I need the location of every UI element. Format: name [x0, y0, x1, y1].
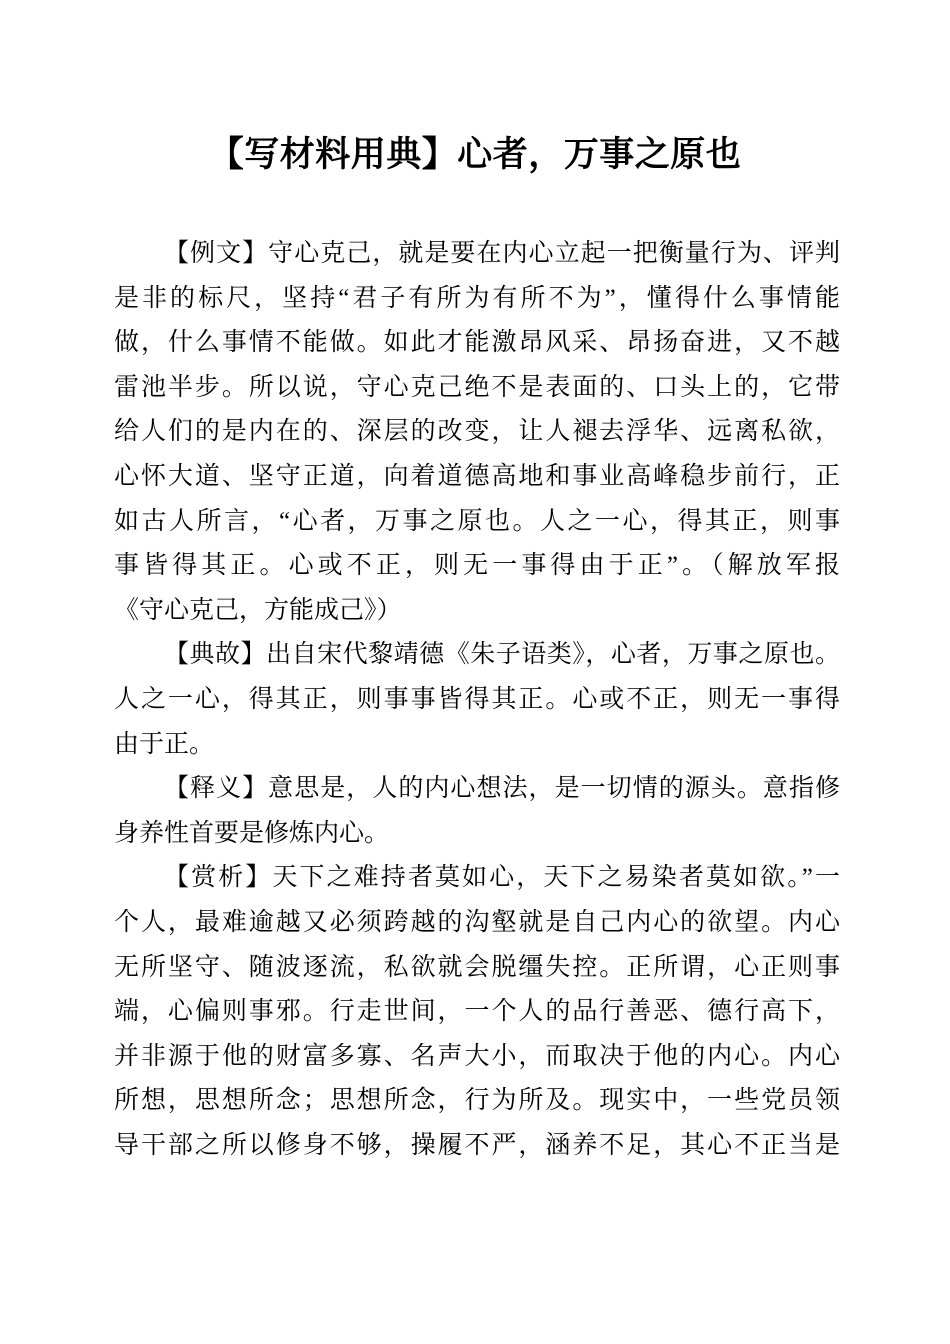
document-page: 【写材料用典】心者，万事之原也 【例文】守心克己，就是要在内心立起一把衡量行为、…: [0, 0, 950, 1344]
text-line: 如古人所言，“心者，万事之原也。人之一心，得其正，则事: [114, 500, 840, 545]
document-title: 【写材料用典】心者，万事之原也: [0, 130, 950, 180]
paragraph: 【释义】意思是，人的内心想法，是一切情的源头。意指修身养性首要是修炼内心。: [114, 767, 840, 856]
document-body: 【例文】守心克己，就是要在内心立起一把衡量行为、评判是非的标尺，坚持“君子有所为…: [114, 232, 840, 1168]
paragraph: 【例文】守心克己，就是要在内心立起一把衡量行为、评判是非的标尺，坚持“君子有所为…: [114, 232, 840, 633]
text-line: 个人，最难逾越又必须跨越的沟壑就是自己内心的欲望。内心: [114, 901, 840, 946]
text-line: 做，什么事情不能做。如此才能激昂风采、昂扬奋进，又不越: [114, 321, 840, 366]
text-line: 【典故】出自宋代黎靖德《朱子语类》，心者，万事之原也。: [114, 633, 840, 678]
text-line: 导干部之所以修身不够，操履不严，涵养不足，其心不正当是: [114, 1124, 840, 1169]
text-line: 心怀大道、坚守正道，向着道德高地和事业高峰稳步前行，正: [114, 455, 840, 500]
text-line: 事皆得其正。心或不正，则无一事得由于正”。（解放军报: [114, 544, 840, 589]
text-line: 【赏析】天下之难持者莫如心，天下之易染者莫如欲。”一: [114, 856, 840, 901]
text-line: 【释义】意思是，人的内心想法，是一切情的源头。意指修: [114, 767, 840, 812]
paragraph: 【典故】出自宋代黎靖德《朱子语类》，心者，万事之原也。人之一心，得其正，则事事皆…: [114, 633, 840, 767]
text-line: 并非源于他的财富多寡、名声大小，而取决于他的内心。内心: [114, 1035, 840, 1080]
text-line: 所想，思想所念；思想所念，行为所及。现实中，一些党员领: [114, 1079, 840, 1124]
text-line: 是非的标尺，坚持“君子有所为有所不为”，懂得什么事情能: [114, 277, 840, 322]
text-line: 无所坚守、随波逐流，私欲就会脱缰失控。正所谓，心正则事: [114, 946, 840, 991]
paragraph: 【赏析】天下之难持者莫如心，天下之易染者莫如欲。”一个人，最难逾越又必须跨越的沟…: [114, 856, 840, 1168]
text-line: 端，心偏则事邪。行走世间，一个人的品行善恶、德行高下，: [114, 990, 840, 1035]
text-line: 由于正。: [114, 723, 840, 768]
text-line: 【例文】守心克己，就是要在内心立起一把衡量行为、评判: [114, 232, 840, 277]
text-line: 给人们的是内在的、深层的改变，让人褪去浮华、远离私欲，: [114, 410, 840, 455]
text-line: 人之一心，得其正，则事事皆得其正。心或不正，则无一事得: [114, 678, 840, 723]
text-line: 身养性首要是修炼内心。: [114, 812, 840, 857]
text-line: 《守心克己，方能成己》）: [114, 589, 840, 634]
text-line: 雷池半步。所以说，守心克己绝不是表面的、口头上的，它带: [114, 366, 840, 411]
